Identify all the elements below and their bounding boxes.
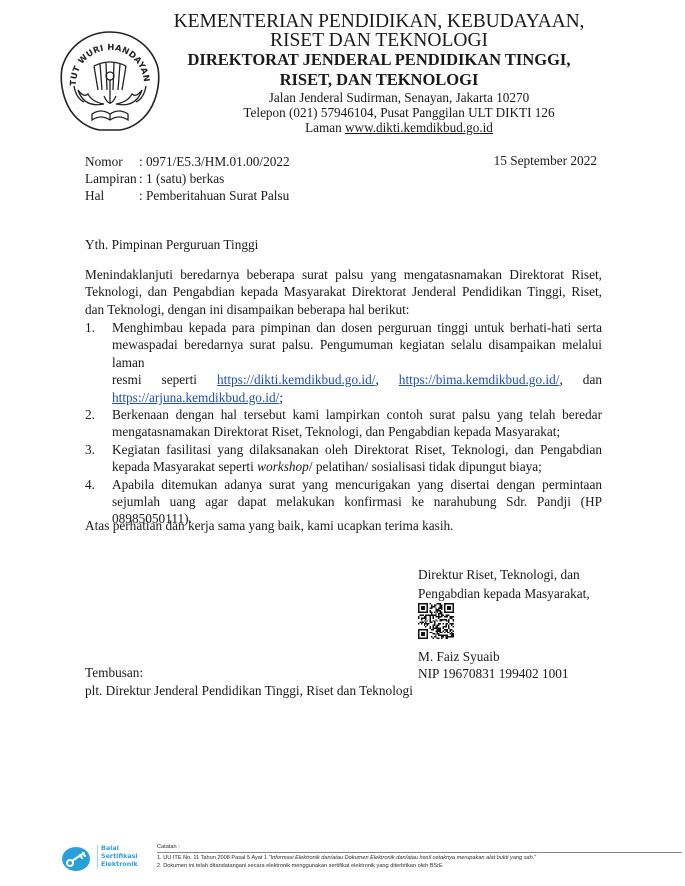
note1-end: " xyxy=(534,855,536,861)
logo-motto: TUT WURI HANDAYANI xyxy=(54,24,152,86)
meta-hal-value: : Pemberitahuan Surat Palsu xyxy=(139,187,289,204)
qr-code-icon xyxy=(418,603,454,639)
meta-lampiran-value: : 1 (satu) berkas xyxy=(139,170,224,187)
footer-note-2: 2. Dokumen ini telah ditandatangani seca… xyxy=(157,862,682,870)
list-item-number: 2. xyxy=(85,406,112,441)
closing-sentence: Atas perhatian dan kerja sama yang baik,… xyxy=(85,517,453,534)
office-phone: Telepon (021) 57946104, Pusat Panggilan … xyxy=(150,105,608,120)
list-item-text: Menghimbau kepada para pimpinan dan dose… xyxy=(112,319,602,406)
item3-text-end: / pelatihan/ sosialisasi tidak dipungut … xyxy=(309,459,542,474)
list-item-text: Kegiatan fasilitasi yang dilaksanakan ol… xyxy=(112,441,602,476)
qr-code-graphic xyxy=(418,603,454,639)
office-address: Jalan Jenderal Sudirman, Senayan, Jakart… xyxy=(150,90,608,105)
website-link[interactable]: www.dikti.kemdikbud.go.id xyxy=(345,120,493,135)
link-arjuna[interactable]: https://arjuna.kemdikbud.go.id/ xyxy=(112,390,279,405)
intro-paragraph: Menindaklanjuti beredarnya beberapa sura… xyxy=(85,266,602,318)
tembusan-recipient: plt. Direktur Jenderal Pendidikan Tinggi… xyxy=(85,682,413,700)
points-list: 1. Menghimbau kepada para pimpinan dan d… xyxy=(85,319,602,528)
letterhead: KEMENTERIAN PENDIDIKAN, KEBUDAYAAN, RISE… xyxy=(150,12,608,135)
list-item-text: Berkenaan dengan hal tersebut kami lampi… xyxy=(112,406,602,441)
list-item-number: 3. xyxy=(85,441,112,476)
signer-title: Direktur Riset, Teknologi, dan Pengabdia… xyxy=(418,565,590,603)
ministry-name-line1: KEMENTERIAN PENDIDIKAN, KEBUDAYAAN, xyxy=(150,12,608,31)
signer-title-line1: Direktur Riset, Teknologi, dan xyxy=(418,565,590,584)
list-item: 1. Menghimbau kepada para pimpinan dan d… xyxy=(85,319,602,406)
letter-date: 15 September 2022 xyxy=(494,153,597,169)
link-bima[interactable]: https://bima.kemdikbud.go.id/ xyxy=(399,372,560,387)
tembusan-label: Tembusan: xyxy=(85,664,413,682)
item1-text: Menghimbau kepada para pimpinan dan dose… xyxy=(112,320,602,370)
signer-block: M. Faiz Syuaib NIP 19670831 199402 1001 xyxy=(418,648,569,682)
item1-word-seperti: seperti xyxy=(162,371,197,388)
bsre-logo-icon xyxy=(60,845,94,873)
meta-lampiran-label: Lampiran xyxy=(85,170,139,187)
meta-nomor-label: Nomor xyxy=(85,153,139,170)
link-dikti[interactable]: https://dikti.kemdikbud.go.id/ xyxy=(217,372,375,387)
svg-text:TUT WURI HANDAYANI: TUT WURI HANDAYANI xyxy=(54,24,152,86)
letter-meta: Nomor : 0971/E5.3/HM.01.00/2022 Lampiran… xyxy=(85,153,290,204)
salutation: Yth. Pimpinan Perguruan Tinggi xyxy=(85,236,258,253)
footer-note-1: 1. UU ITE No. 11 Tahun 2008 Pasal 5 Ayat… xyxy=(157,854,682,862)
meta-hal-label: Hal xyxy=(85,187,139,204)
note1-quote: Informasi Elektronik dan/atau Dokumen El… xyxy=(271,855,535,861)
footer-notes: Catatan : 1. UU ITE No. 11 Tahun 2008 Pa… xyxy=(157,843,682,870)
ministry-name-line2: RISET DAN TEKNOLOGI xyxy=(150,31,608,50)
item1-word-resmi: resmi xyxy=(112,371,142,388)
list-item: 2. Berkenaan dengan hal tersebut kami la… xyxy=(85,406,602,441)
bsre-line3: Elektronik xyxy=(101,861,138,869)
item1-links-row: resmi seperti https://dikti.kemdikbud.go… xyxy=(112,371,602,388)
signer-nip: NIP 19670831 199402 1001 xyxy=(418,665,569,682)
signer-title-line2: Pengabdian kepada Masyarakat, xyxy=(418,584,590,603)
list-item-number: 1. xyxy=(85,319,112,406)
key-icon xyxy=(60,845,94,873)
website-label: Laman xyxy=(305,120,342,135)
item1-word-dan: dan xyxy=(583,371,602,388)
signer-name: M. Faiz Syuaib xyxy=(418,648,569,665)
tembusan-block: Tembusan: plt. Direktur Jenderal Pendidi… xyxy=(85,664,413,699)
note1-text: 1. UU ITE No. 11 Tahun 2008 Pasal 5 Ayat… xyxy=(157,855,271,861)
meta-lampiran: Lampiran : 1 (satu) berkas xyxy=(85,170,290,187)
bsre-wordmark: Balai Sertifikasi Elektronik xyxy=(97,845,138,868)
item3-italic: workshop xyxy=(257,459,309,474)
footer-divider xyxy=(157,852,682,853)
directorate-name-line2: RISET, DAN TEKNOLOGI xyxy=(150,70,608,90)
meta-hal: Hal : Pemberitahuan Surat Palsu xyxy=(85,187,290,204)
office-website: Laman www.dikti.kemdikbud.go.id xyxy=(150,120,608,135)
meta-nomor-value: : 0971/E5.3/HM.01.00/2022 xyxy=(139,153,290,170)
directorate-name-line1: DIREKTORAT JENDERAL PENDIDIKAN TINGGI, xyxy=(150,50,608,70)
catatan-label: Catatan : xyxy=(157,843,682,851)
meta-nomor: Nomor : 0971/E5.3/HM.01.00/2022 xyxy=(85,153,290,170)
item1-end: ; xyxy=(279,390,283,405)
list-item: 3. Kegiatan fasilitasi yang dilaksanakan… xyxy=(85,441,602,476)
